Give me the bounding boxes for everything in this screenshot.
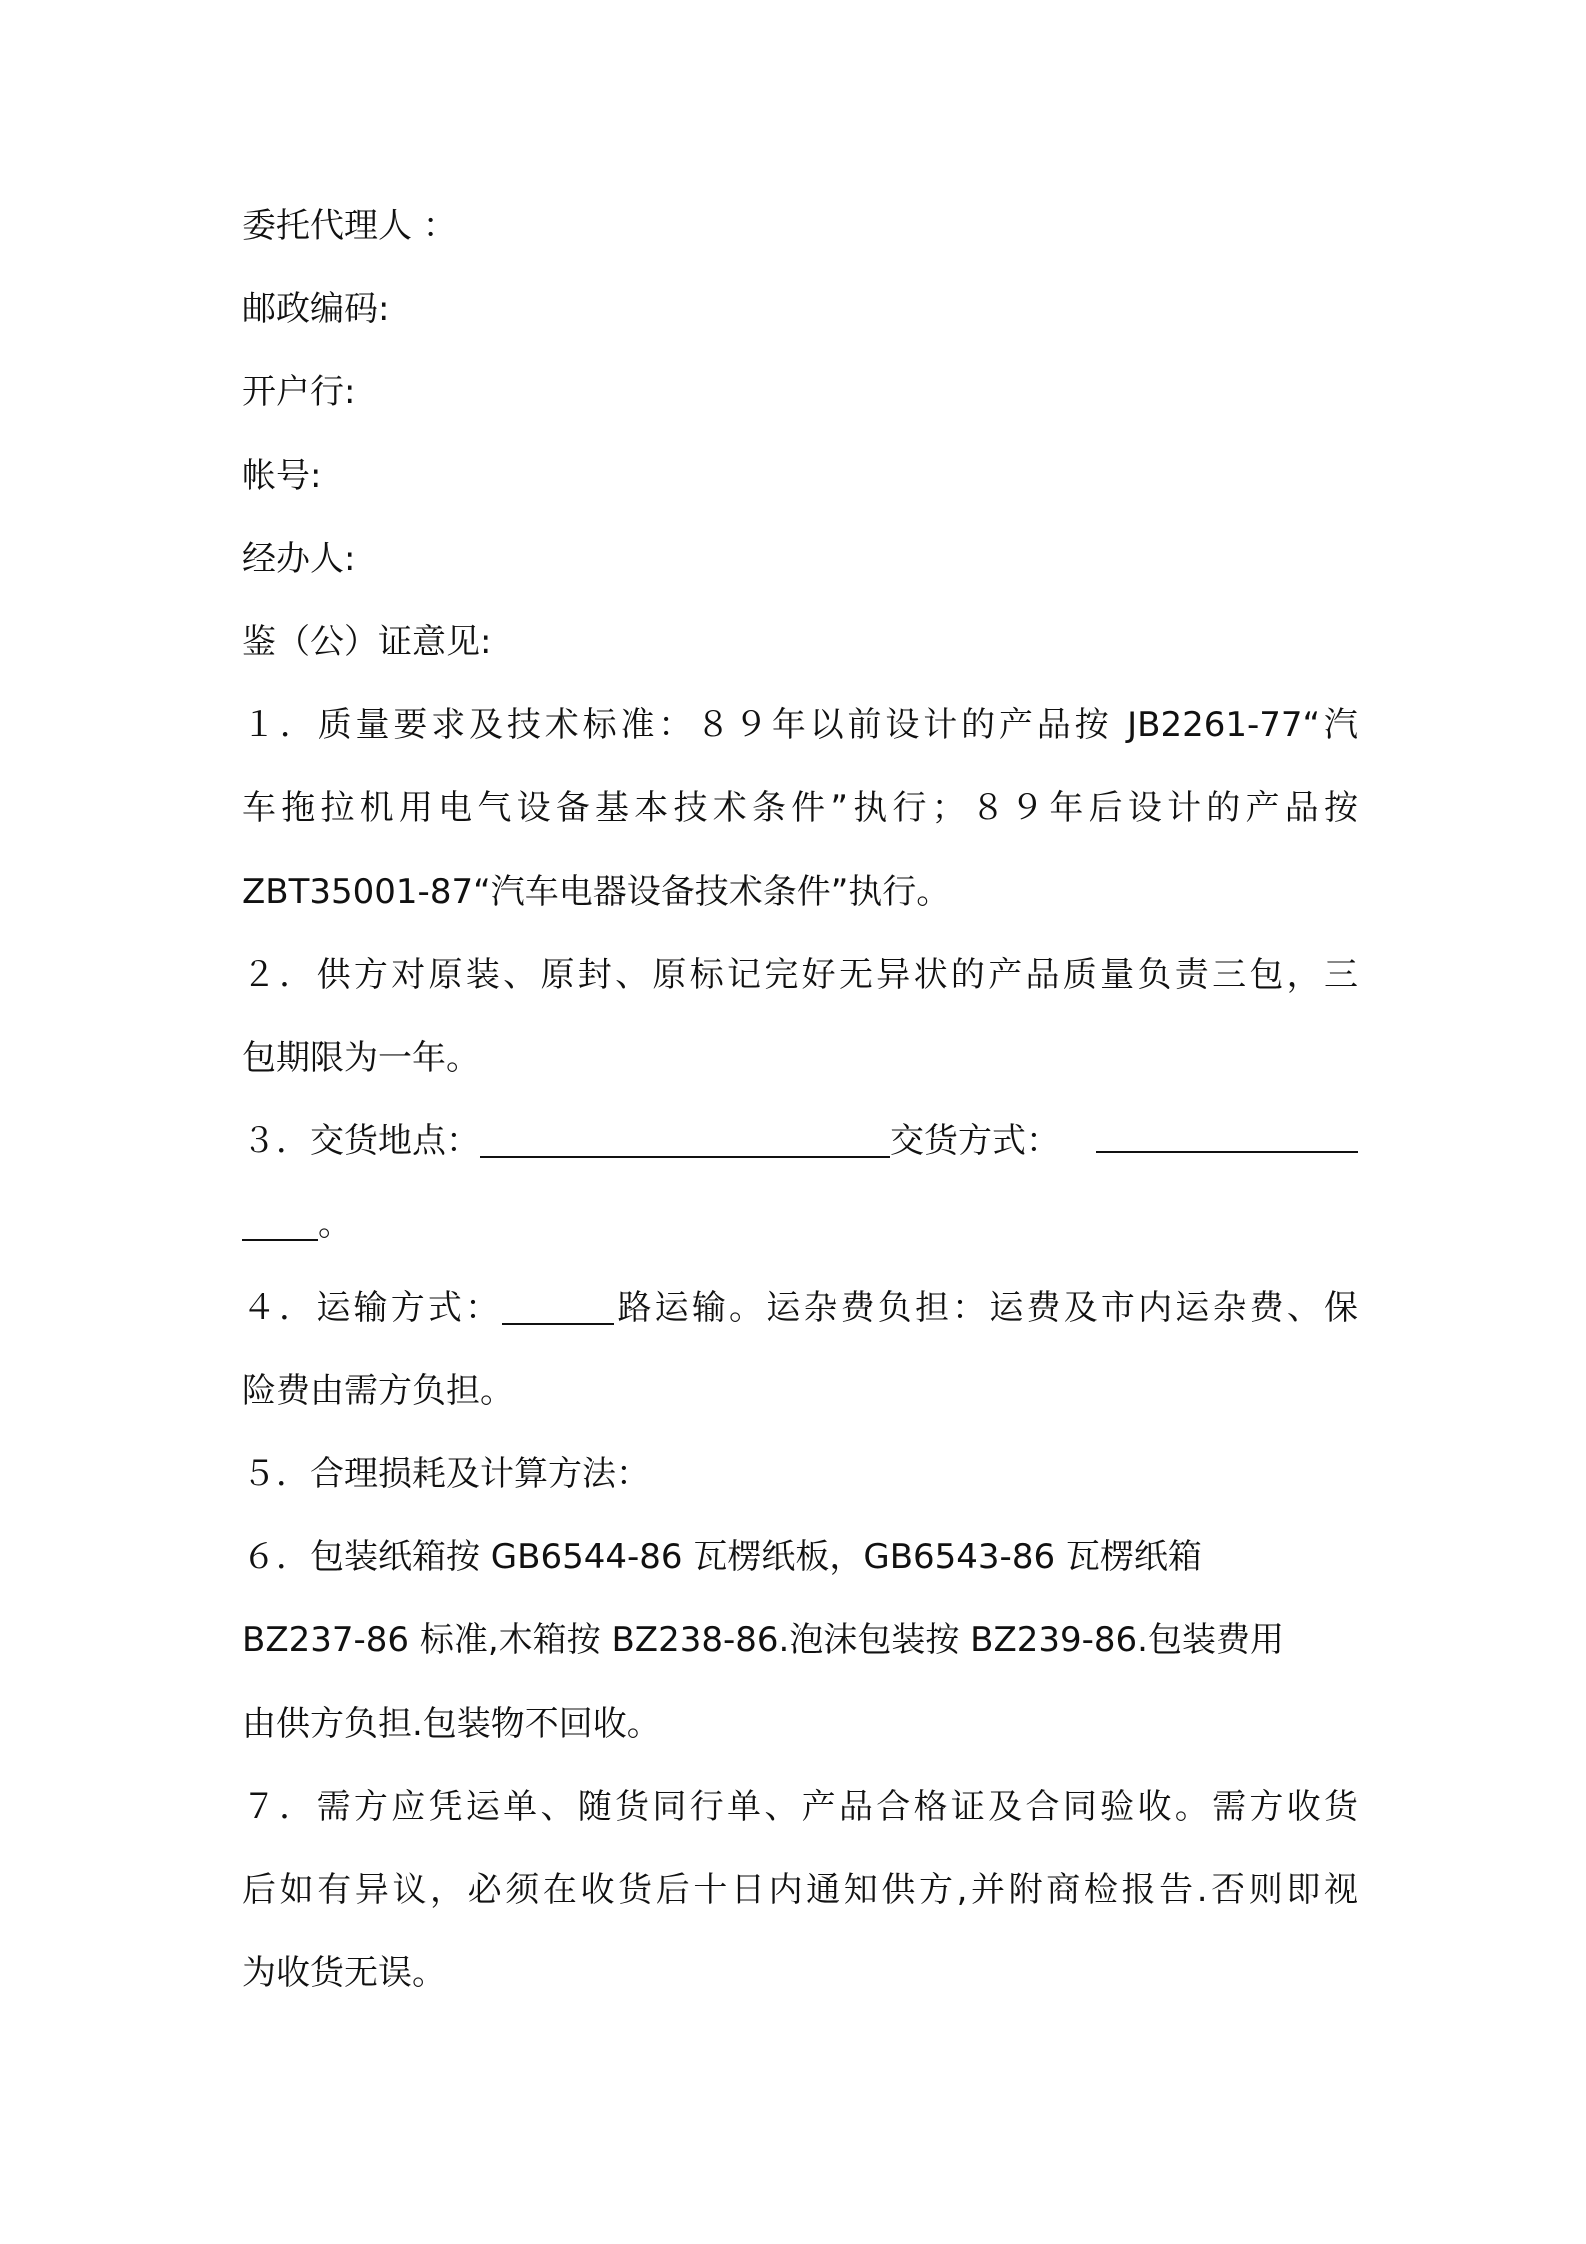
- field-postcode-label: 邮政编码:: [242, 289, 389, 329]
- transport-mode-blank[interactable]: [502, 1283, 614, 1325]
- clause-4-transport-label: ４．运输方式：: [242, 1288, 502, 1328]
- clause-2-line-1: ２．供方对原装、原封、原标记完好无异状的产品质量负责三包，三: [242, 945, 1358, 1005]
- field-account: 帐号:: [242, 446, 321, 506]
- clause-7-line-3: 为收货无误。: [242, 1943, 446, 2003]
- clause-7-line-2: 后如有异议，必须在收货后十日内通知供方,并附商检报告.否则即视: [242, 1860, 1358, 1920]
- delivery-method-blank[interactable]: [1096, 1111, 1358, 1153]
- field-account-label: 帐号:: [242, 456, 321, 496]
- clause-6-line-2: BZ237-86 标准,木箱按 BZ238-86.泡沫包装按 BZ239-86.…: [242, 1610, 1284, 1670]
- clause-4-line-2: 险费由需方负担。: [242, 1361, 514, 1421]
- clause-3-line-1: ３．交货地点：交货方式：: [242, 1111, 1358, 1171]
- field-notary-opinion: 鉴（公）证意见:: [242, 612, 491, 672]
- clause-1-line-3: ZBT35001-87“汽车电器设备技术条件”执行。: [242, 862, 950, 922]
- field-notary-opinion-label: 鉴（公）证意见:: [242, 622, 491, 662]
- delivery-method-blank-continued[interactable]: [242, 1199, 318, 1241]
- field-postcode: 邮政编码:: [242, 279, 389, 339]
- clause-4-freight-text: 路运输。运杂费负担：运费及市内运杂费、保: [614, 1288, 1358, 1328]
- clause-3-end-mark: 。: [318, 1204, 352, 1244]
- clause-2-line-2: 包期限为一年。: [242, 1028, 480, 1088]
- field-handler: 经办人:: [242, 529, 355, 589]
- field-bank-label: 开户行:: [242, 372, 355, 412]
- clause-1-line-2: 车拖拉机用电气设备基本技术条件”执行；８９年后设计的产品按: [242, 778, 1358, 838]
- field-handler-label: 经办人:: [242, 539, 355, 579]
- clause-3-line-2: 。: [242, 1194, 352, 1254]
- clause-1-line-1: １．质量要求及技术标准：８９年以前设计的产品按 JB2261-77“汽: [242, 695, 1358, 755]
- clause-6-line-3: 由供方负担.包装物不回收。: [242, 1694, 661, 1754]
- clause-3-delivery-place-label: ３．交货地点：: [242, 1121, 480, 1161]
- clause-4-line-1: ４．运输方式：路运输。运杂费负担：运费及市内运杂费、保: [242, 1278, 1358, 1338]
- delivery-place-blank[interactable]: [480, 1116, 890, 1158]
- clause-6-line-1: ６．包装纸箱按 GB6544-86 瓦楞纸板，GB6543-86 瓦楞纸箱: [242, 1527, 1202, 1587]
- field-agent: 委托代理人 ：: [242, 196, 457, 256]
- field-agent-label: 委托代理人 ：: [242, 206, 457, 246]
- clause-5-line-1: ５．合理损耗及计算方法：: [242, 1444, 650, 1504]
- clause-7-line-1: ７．需方应凭运单、随货同行单、产品合格证及合同验收。需方收货: [242, 1777, 1358, 1837]
- field-bank: 开户行:: [242, 362, 355, 422]
- clause-3-delivery-method-label: 交货方式：: [890, 1121, 1060, 1161]
